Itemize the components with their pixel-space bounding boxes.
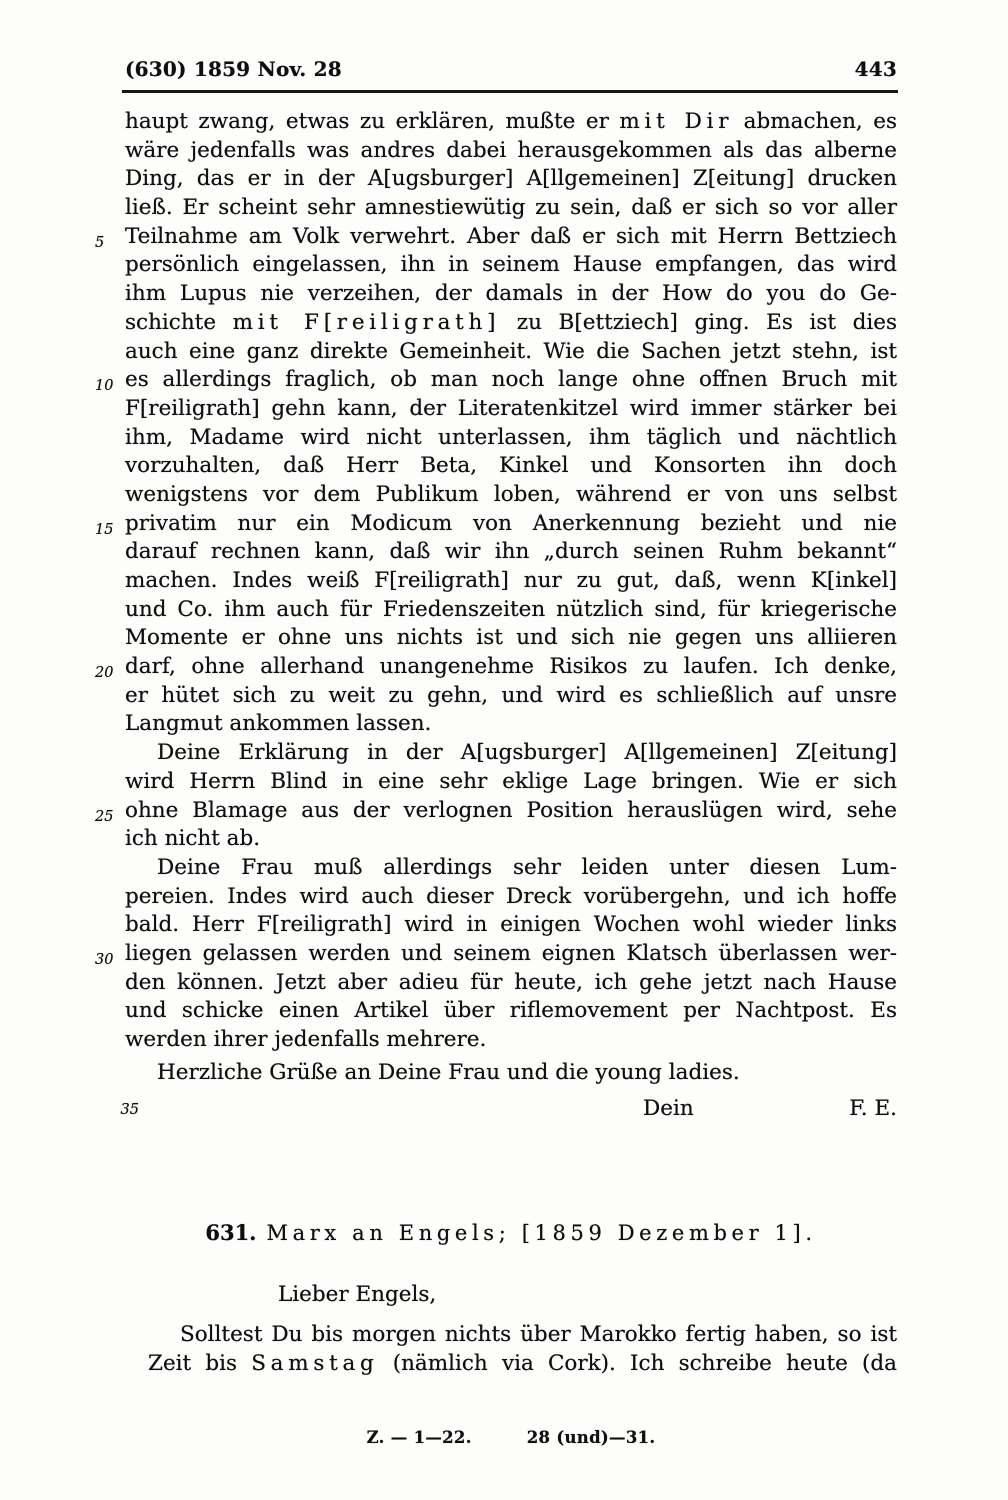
book-page: (630) 1859 Nov. 28 443 haupt zwang, etwa… [0, 0, 1008, 1500]
line-text: machen. Indes weiß F[reiligrath] nur zu … [125, 568, 897, 593]
line-text: den können. Jetzt aber adieu für heute, … [125, 970, 897, 995]
text-line: werden ihrer jedenfalls mehrere. [125, 1026, 897, 1055]
line-text: er hütet sich zu weit zu gehn, und wird … [125, 683, 897, 708]
text-line: 20darf, ohne allerhand unangenehme Risik… [125, 653, 897, 682]
salutation: Lieber Engels, [278, 1282, 436, 1307]
text-line: 10es allerdings fraglich, ob man noch la… [125, 366, 897, 395]
letter-630-text: haupt zwang, etwas zu erklären, mußte er… [125, 108, 897, 1087]
line-text: Teilnahme am Volk verwehrt. Aber daß er … [125, 224, 897, 249]
line-text: pereien. Indes wird auch dieser Dreck vo… [125, 884, 897, 909]
text-line: vorzuhalten, daß Herr Beta, Kinkel und K… [125, 452, 897, 481]
line-text: auch eine ganz direkte Gemeinheit. Wie d… [125, 339, 897, 364]
line-text: Solltest Du bis morgen nichts über Marok… [180, 1322, 897, 1347]
text-line: den können. Jetzt aber adieu für heute, … [125, 969, 897, 998]
letter-631-heading: 631.Marx an Engels; [1859 Dezember 1]. [125, 1220, 897, 1245]
line-text: abmachen, es [733, 109, 897, 134]
text-line: pereien. Indes wird auch dieser Dreck vo… [125, 883, 897, 912]
text-line: Ding, das er in der A[ugsburger] A[llgem… [125, 165, 897, 194]
line-text: schichte [125, 310, 233, 335]
page-header: (630) 1859 Nov. 28 443 [125, 57, 897, 81]
text-line: ihm Lupus nie verzeihen, der damals in d… [125, 280, 897, 309]
line-text: bald. Herr F[reiligrath] wird in einigen… [125, 912, 897, 937]
line-number: 15 [95, 516, 121, 545]
letter-number: 631. [205, 1220, 256, 1245]
text-line: schichte mit F[reiligrath] zu B[ettziech… [125, 309, 897, 338]
line-text: zu B[ettziech] ging. Es ist dies [500, 310, 897, 335]
header-letter-date: (630) 1859 Nov. 28 [125, 57, 342, 81]
page-number: 443 [855, 57, 897, 81]
text-line: F[reiligrath] gehn kann, der Literatenki… [125, 395, 897, 424]
text-line: und Co. ihm auch für Friedenszeiten nütz… [125, 596, 897, 625]
signature-initials: F. E. [849, 1096, 897, 1121]
text-line: Deine Erklärung in der A[ugsburger] A[ll… [125, 739, 897, 768]
line-text: ohne Blamage aus der verlognen Position … [125, 798, 897, 823]
line-text: vorzuhalten, daß Herr Beta, Kinkel und K… [125, 453, 897, 478]
text-line: Solltest Du bis morgen nichts über Marok… [148, 1320, 897, 1349]
line-text: persönlich eingelassen, ihn in seinem Ha… [125, 252, 897, 277]
text-line: haupt zwang, etwas zu erklären, mußte er… [125, 108, 897, 137]
text-line: wenigstens vor dem Publikum loben, währe… [125, 481, 897, 510]
line-text: Zeit bis [148, 1351, 251, 1376]
line-text: liegen gelassen werden und seinem eignen… [125, 941, 897, 966]
line-text: und schicke einen Artikel über riflemove… [125, 998, 897, 1023]
text-line: persönlich eingelassen, ihn in seinem Ha… [125, 251, 897, 280]
line-number: 35 [113, 1102, 139, 1118]
line-text: Momente er ohne uns nichts ist und sich … [125, 625, 897, 650]
line-text: Samstag [251, 1351, 378, 1376]
line-text: mit F[reiligrath] [233, 310, 501, 335]
text-line: Momente er ohne uns nichts ist und sich … [125, 624, 897, 653]
line-text: (nämlich via Cork). Ich schreibe heute (… [379, 1351, 897, 1376]
line-text: mit Dir [619, 109, 733, 134]
text-line: Herzliche Grüße an Deine Frau und die yo… [125, 1059, 897, 1088]
line-number: 20 [95, 659, 121, 688]
text-line: wäre jedenfalls was andres dabei herausg… [125, 137, 897, 166]
page-footer: Z. — 1—22.28 (und)—31. [125, 1428, 897, 1447]
text-line: darauf rechnen kann, daß wir ihn „durch … [125, 538, 897, 567]
letter-631-text: Solltest Du bis morgen nichts über Marok… [148, 1320, 897, 1377]
line-text: wird Herrn Blind in eine sehr eklige Lag… [125, 769, 897, 794]
line-text: wäre jedenfalls was andres dabei herausg… [125, 138, 897, 163]
line-text: Deine Erklärung in der A[ugsburger] A[ll… [157, 740, 897, 765]
text-line: machen. Indes weiß F[reiligrath] nur zu … [125, 567, 897, 596]
text-line: Zeit bis Samstag (nämlich via Cork). Ich… [148, 1349, 897, 1378]
text-line: 30liegen gelassen werden und seinem eign… [125, 940, 897, 969]
signature-closing: Dein [643, 1096, 694, 1121]
line-number: 5 [95, 229, 121, 258]
line-text: es allerdings fraglich, ob man noch lang… [125, 367, 897, 392]
line-text: und Co. ihm auch für Friedenszeiten nütz… [125, 597, 897, 622]
line-text: Deine Frau muß allerdings sehr leiden un… [157, 855, 897, 880]
text-line: bald. Herr F[reiligrath] wird in einigen… [125, 911, 897, 940]
text-line: ließ. Er scheint sehr amnestiewütig zu s… [125, 194, 897, 223]
text-line: und schicke einen Artikel über riflemove… [125, 997, 897, 1026]
text-line: Deine Frau muß allerdings sehr leiden un… [125, 854, 897, 883]
line-text: ihm, Madame wird nicht unterlassen, ihm … [125, 425, 897, 450]
line-text: Langmut ankommen lassen. [125, 711, 431, 736]
header-rule [122, 90, 898, 93]
line-number: 30 [95, 946, 121, 975]
text-line: 15privatim nur ein Modicum von Anerkennu… [125, 510, 897, 539]
text-line: ich nicht ab. [125, 825, 897, 854]
footer-apparatus-left: Z. — 1—22. [367, 1428, 472, 1447]
line-text: privatim nur ein Modicum von Anerkennung… [125, 511, 897, 536]
text-line: auch eine ganz direkte Gemeinheit. Wie d… [125, 338, 897, 367]
line-text: Ding, das er in der A[ugsburger] A[llgem… [125, 166, 897, 191]
line-text: darauf rechnen kann, daß wir ihn „durch … [125, 539, 897, 564]
text-line: 25ohne Blamage aus der verlognen Positio… [125, 797, 897, 826]
line-text: F[reiligrath] gehn kann, der Literatenki… [125, 396, 897, 421]
line-text: Herzliche Grüße an Deine Frau und die yo… [157, 1060, 740, 1085]
line-number: 10 [95, 372, 121, 401]
letter-title: Marx an Engels; [1859 Dezember 1]. [267, 1221, 817, 1245]
text-line: er hütet sich zu weit zu gehn, und wird … [125, 682, 897, 711]
line-text: ich nicht ab. [125, 826, 260, 851]
line-number: 25 [95, 803, 121, 832]
text-line: wird Herrn Blind in eine sehr eklige Lag… [125, 768, 897, 797]
line-text: darf, ohne allerhand unangenehme Risikos… [125, 654, 897, 679]
line-text: ließ. Er scheint sehr amnestiewütig zu s… [125, 195, 897, 220]
text-line: ihm, Madame wird nicht unterlassen, ihm … [125, 424, 897, 453]
text-line: 5Teilnahme am Volk verwehrt. Aber daß er… [125, 223, 897, 252]
line-text: haupt zwang, etwas zu erklären, mußte er [125, 109, 619, 134]
line-text: werden ihrer jedenfalls mehrere. [125, 1027, 486, 1052]
line-text: ihm Lupus nie verzeihen, der damals in d… [125, 281, 897, 306]
footer-apparatus-right: 28 (und)—31. [527, 1428, 656, 1447]
line-text: wenigstens vor dem Publikum loben, währe… [125, 482, 897, 507]
text-line: Langmut ankommen lassen. [125, 710, 897, 739]
